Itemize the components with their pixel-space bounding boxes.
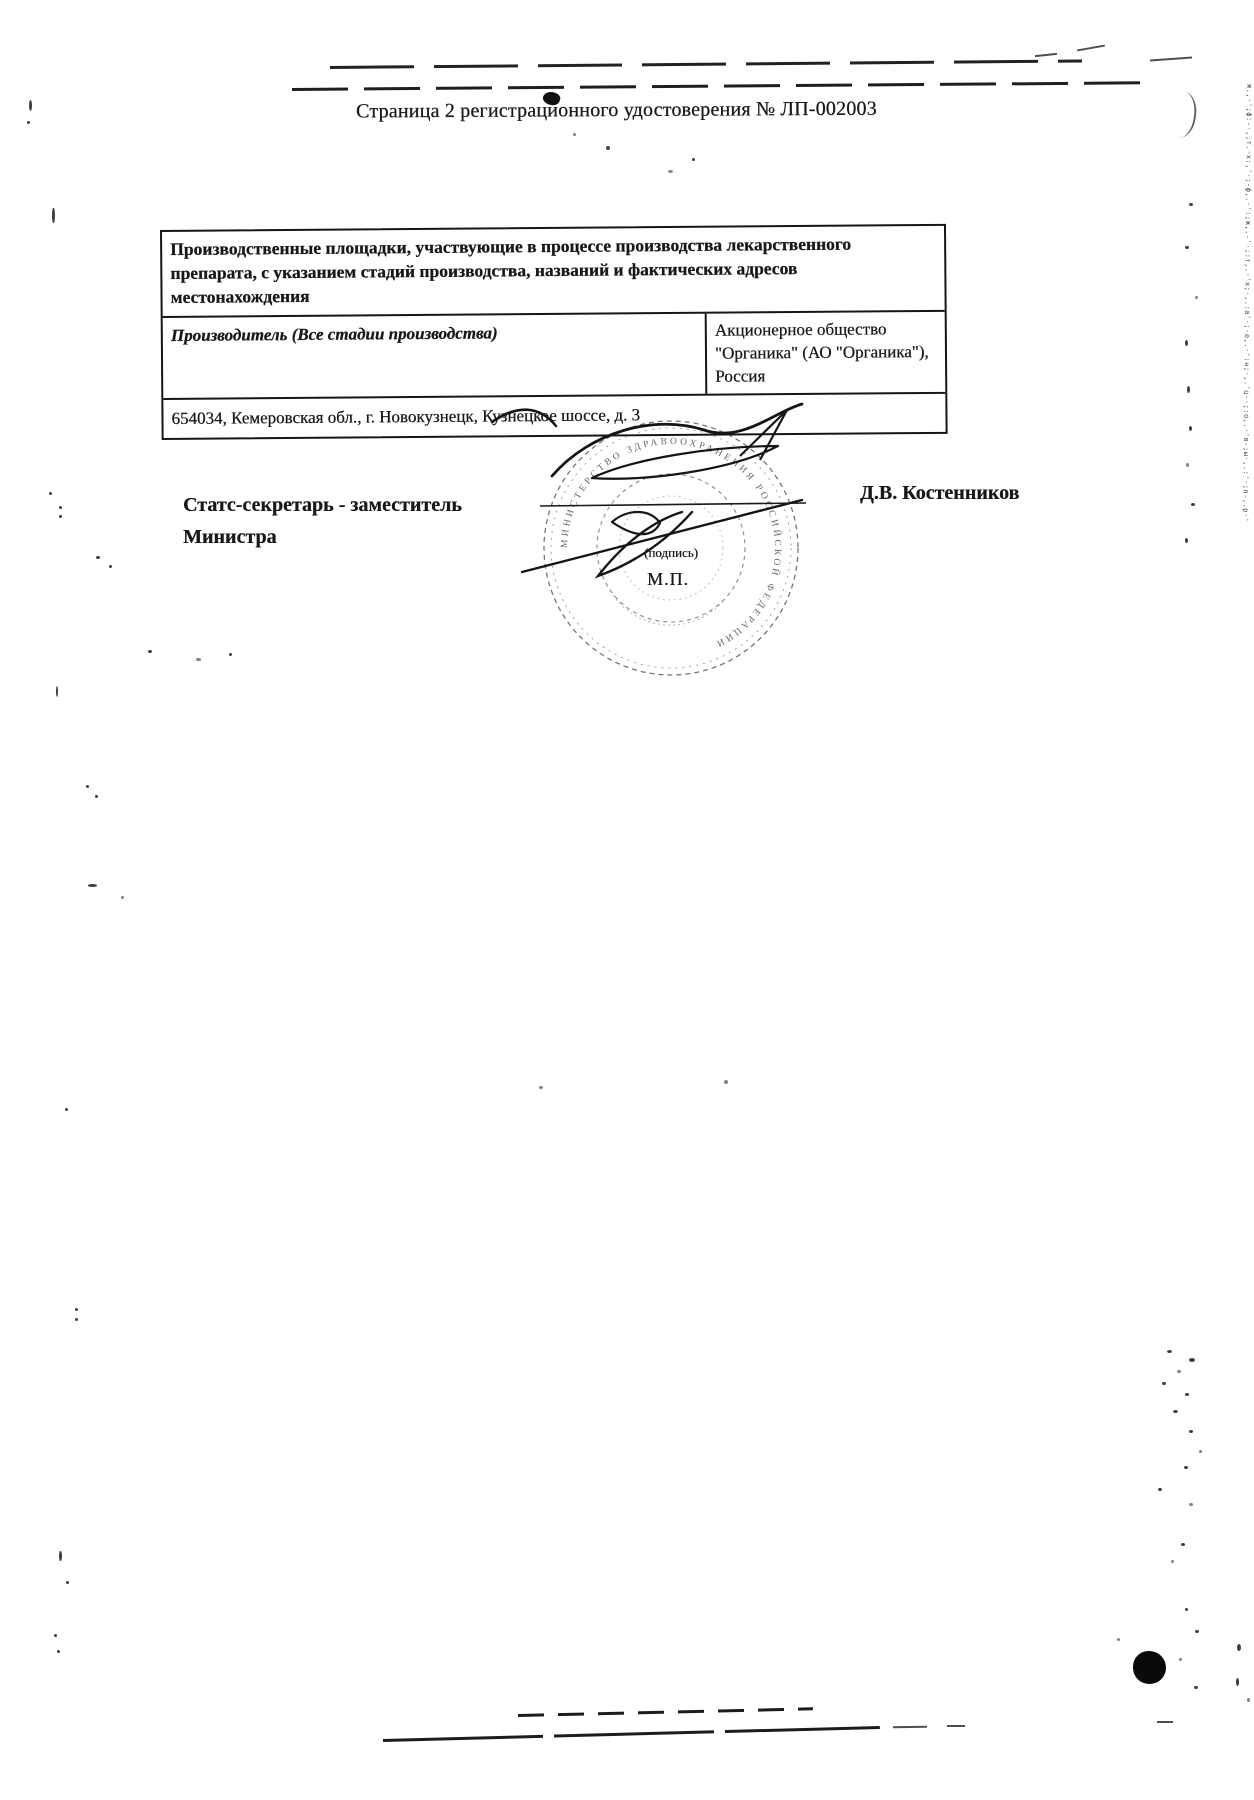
scan-cut-line-bottom-2 xyxy=(518,1707,813,1716)
scan-speck xyxy=(59,506,62,509)
scan-dash xyxy=(893,1726,927,1729)
page-title: Страница 2 регистрационного удостоверени… xyxy=(356,98,877,124)
scan-speck xyxy=(539,1086,543,1089)
handwritten-signature xyxy=(440,360,850,630)
signer-name: Д.В. Костенников xyxy=(860,482,1019,505)
scan-speck xyxy=(1199,1450,1202,1453)
signature-rule-line xyxy=(540,503,806,506)
scan-cut-line-top-2 xyxy=(292,81,1150,90)
scan-speck xyxy=(27,121,30,124)
scan-speck xyxy=(59,1551,62,1561)
scan-speck xyxy=(1179,1658,1182,1661)
scan-speck xyxy=(65,1108,68,1111)
scan-speck xyxy=(54,1634,57,1637)
scan-speck xyxy=(1185,1393,1189,1396)
scan-speck xyxy=(1247,1698,1250,1702)
scan-speck xyxy=(1162,1382,1166,1385)
scan-speck xyxy=(56,686,58,697)
scan-dash xyxy=(1077,45,1105,52)
scan-speck xyxy=(1185,538,1188,543)
scan-speck xyxy=(1181,1543,1185,1546)
signature-stroke xyxy=(552,404,802,476)
scan-speck xyxy=(724,1080,728,1084)
scan-speck xyxy=(1173,1410,1178,1413)
scan-speck xyxy=(229,653,232,656)
scan-cut-line-bottom-1 xyxy=(383,1726,880,1742)
signature-caption: (подпись) xyxy=(644,545,698,561)
scan-speck xyxy=(1189,1430,1193,1433)
scan-speck xyxy=(29,100,32,111)
scan-speck xyxy=(1236,1678,1239,1686)
scan-speck xyxy=(59,515,62,518)
scan-speck xyxy=(1186,463,1189,467)
scan-dash xyxy=(1157,1721,1173,1723)
scan-speck xyxy=(66,1581,69,1584)
scanned-document-page: Страница 2 регистрационного удостоверени… xyxy=(0,0,1254,1800)
signer-title-line2: Министра xyxy=(183,521,462,553)
scan-speck xyxy=(109,565,112,568)
scan-speck xyxy=(88,884,97,887)
scan-speck xyxy=(1195,296,1198,299)
ink-dot xyxy=(1133,1651,1166,1684)
scan-speck xyxy=(1194,1686,1198,1689)
scan-dash xyxy=(1035,53,1057,57)
scan-speck xyxy=(1237,1644,1241,1651)
scan-speck xyxy=(196,658,201,661)
scan-dash xyxy=(1150,57,1192,62)
scan-speck xyxy=(1185,246,1189,249)
scan-speck xyxy=(75,1318,78,1321)
scan-cut-line-top-1 xyxy=(330,59,1082,68)
scan-speck xyxy=(121,896,124,899)
signature-stroke xyxy=(522,500,802,572)
scan-speck xyxy=(1167,1350,1172,1353)
scan-speck xyxy=(95,795,98,798)
scan-speck xyxy=(1189,1503,1193,1506)
scan-speck xyxy=(1189,1358,1195,1362)
signature-stroke xyxy=(612,512,660,534)
scan-edge-noise: ж.,·';ф:-·,;т.·х:,'·;-ф,.·':;ж,.-'·;:т,.… xyxy=(1237,84,1254,589)
scan-speck xyxy=(1185,340,1188,346)
scan-speck xyxy=(1189,203,1193,206)
signer-title-line1: Статс-секретарь - заместитель xyxy=(183,489,462,521)
scan-speck xyxy=(1189,426,1192,431)
scan-speck xyxy=(692,158,695,161)
scan-curve-mark xyxy=(1178,91,1199,139)
scan-speck xyxy=(1177,1370,1181,1373)
scan-speck xyxy=(1185,1608,1188,1611)
scan-speck xyxy=(606,146,610,150)
scan-speck xyxy=(1117,1638,1120,1641)
scan-speck xyxy=(148,650,152,653)
signature-stroke xyxy=(740,410,787,460)
signer-title: Статс-секретарь - заместитель Министра xyxy=(183,489,462,553)
scan-speck xyxy=(49,492,52,495)
scan-speck xyxy=(1171,1560,1174,1563)
scan-speck xyxy=(96,556,100,559)
scan-speck xyxy=(573,133,576,136)
signature-stroke xyxy=(592,446,778,479)
scan-speck xyxy=(1195,1630,1199,1633)
signature-stroke xyxy=(492,410,556,426)
scan-speck xyxy=(1191,503,1195,506)
scan-speck xyxy=(1187,386,1190,393)
scan-speck xyxy=(52,208,55,223)
scan-speck xyxy=(1158,1488,1162,1491)
scan-speck xyxy=(75,1308,78,1311)
table-header-cell: Производственные площадки, участвующие в… xyxy=(162,226,945,318)
scan-speck xyxy=(86,785,89,788)
scan-speck xyxy=(1184,1466,1188,1469)
scan-speck xyxy=(668,170,673,173)
scan-speck xyxy=(57,1650,60,1653)
scan-dash xyxy=(947,1725,965,1727)
seal-place-caption: М.П. xyxy=(647,569,689,590)
